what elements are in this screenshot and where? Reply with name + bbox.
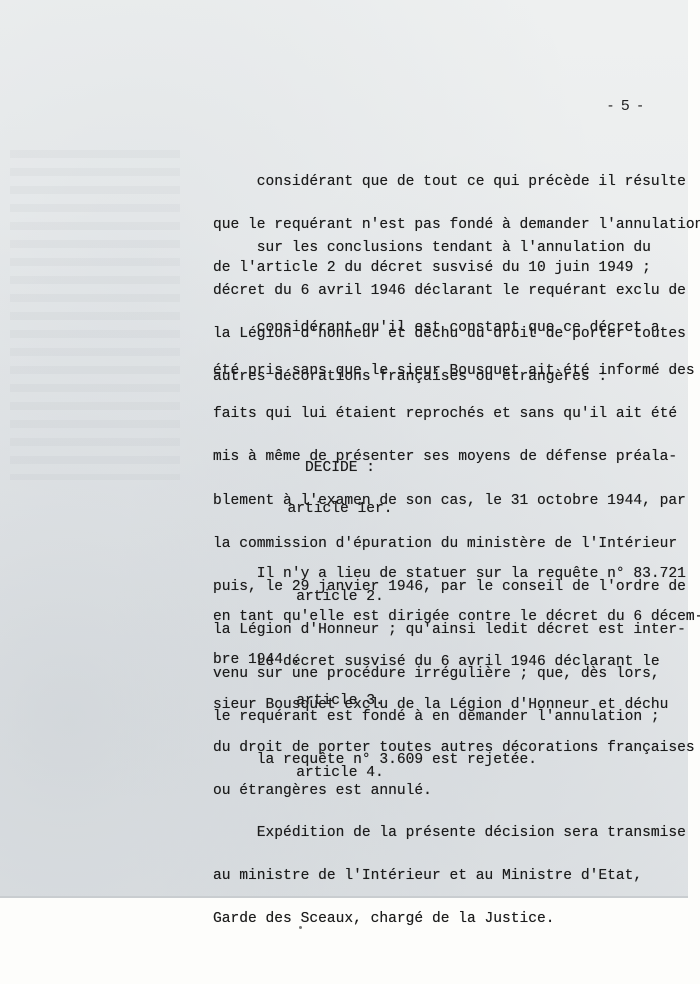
article-4-title: article 4. — [0, 766, 690, 780]
text-line: Expédition de la présente décision sera … — [213, 826, 686, 840]
text-line: en tant qu'elle est dirigée contre le dé… — [213, 610, 700, 624]
bleed-through-text — [10, 150, 180, 480]
text-line: au ministre de l'Intérieur et au Ministr… — [213, 869, 686, 883]
text-line: été pris sans que le sieur Bousquet ait … — [213, 364, 695, 378]
ink-speck — [299, 926, 302, 929]
article-4-body: Expédition de la présente décision sera … — [213, 797, 686, 941]
text-line: Il n'y a lieu de statuer sur la requête … — [213, 567, 700, 581]
article-2-title: article 2. — [0, 590, 690, 604]
text-line: considérant que de tout ce qui précède i… — [213, 175, 700, 189]
article-2-body: Le décret susvisé du 6 avril 1946 déclar… — [213, 626, 695, 813]
page-number: - 5 - — [608, 97, 645, 114]
decide-heading: DECIDE : — [0, 461, 690, 475]
text-line: sur les conclusions tendant à l'annulati… — [213, 241, 686, 255]
text-line: Garde des Sceaux, chargé de la Justice. — [213, 912, 686, 926]
text-line: considérant qu'il est constant que ce dé… — [213, 321, 695, 335]
text-line: faits qui lui étaient reprochés et sans … — [213, 407, 695, 421]
article-1-title: article 1er. — [0, 502, 690, 516]
article-3-title: article 3. — [0, 694, 690, 708]
text-line: Le décret susvisé du 6 avril 1946 déclar… — [213, 655, 695, 669]
